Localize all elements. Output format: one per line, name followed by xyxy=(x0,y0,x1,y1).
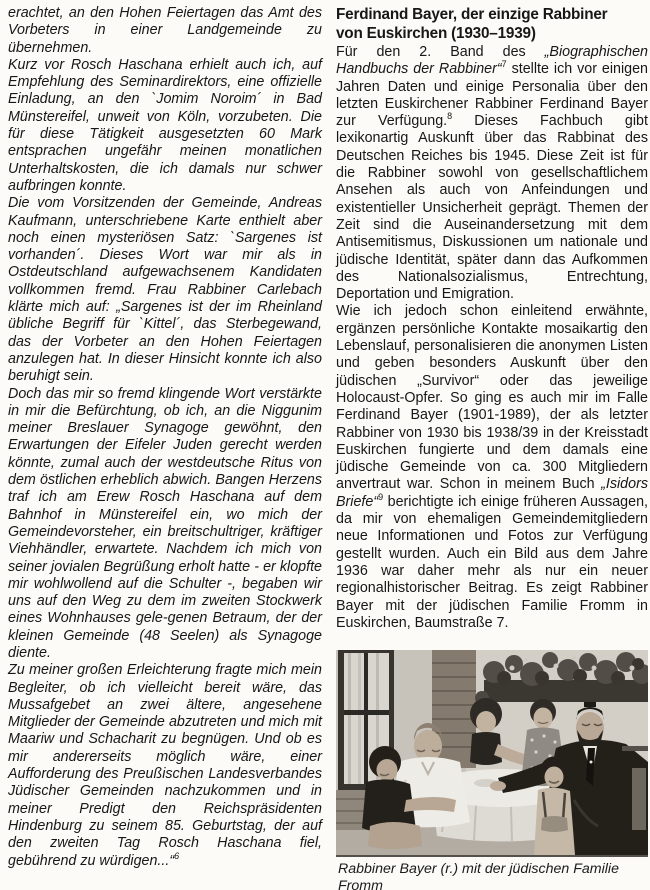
text-run: Dieses Fachbuch gibt lexikonartig Auskun… xyxy=(336,113,648,302)
family-photo-svg xyxy=(336,650,648,855)
article-heading-line1: Ferdinand Bayer, der einzige Rabbiner xyxy=(336,5,648,24)
family-photo-illustration xyxy=(336,650,648,857)
article-heading: Ferdinand Bayer, der einzige Rabbiner vo… xyxy=(336,5,648,43)
footnote-marker: 6 xyxy=(174,851,179,861)
photo-caption: Rabbiner Bayer (r.) mit der jüdischen Fa… xyxy=(336,861,648,890)
text-run: Die vom Vorsitzenden der Gemeinde, Andre… xyxy=(8,195,322,384)
page: erachtet, an den Hohen Feiertagen das Am… xyxy=(0,0,650,890)
paragraph: Für den 2. Band des „Biographischen Hand… xyxy=(336,44,648,303)
left-column: erachtet, an den Hohen Feiertagen das Am… xyxy=(8,5,322,870)
right-column-body: Für den 2. Band des „Biographischen Hand… xyxy=(336,44,648,632)
text-run: Doch das mir so fremd klingende Wort ver… xyxy=(8,386,322,661)
paragraph: Die vom Vorsitzenden der Gemeinde, Andre… xyxy=(8,195,322,385)
paragraph: Kurz vor Rosch Haschana erhielt auch ich… xyxy=(8,57,322,195)
text-run: erachtet, an den Hohen Feiertagen das Am… xyxy=(8,5,322,56)
paragraph: Zu meiner großen Erleichterung fragte mi… xyxy=(8,662,322,870)
paragraph: erachtet, an den Hohen Feiertagen das Am… xyxy=(8,5,322,57)
text-run: Kurz vor Rosch Haschana erhielt auch ich… xyxy=(8,57,322,194)
text-run: Für den 2. Band des xyxy=(336,44,545,60)
text-run: berichtigte ich einige früheren Aussagen… xyxy=(336,494,648,631)
right-column: Ferdinand Bayer, der einzige Rabbiner vo… xyxy=(336,5,648,632)
text-run: Wie ich jedoch schon einleitend erwähnte… xyxy=(336,303,648,492)
text-run: Zu meiner großen Erleichterung fragte mi… xyxy=(8,662,322,868)
paragraph: Wie ich jedoch schon einleitend erwähnte… xyxy=(336,303,648,632)
article-heading-line2: von Euskirchen (1930–1939) xyxy=(336,24,648,43)
family-photo: Rabbiner Bayer (r.) mit der jüdischen Fa… xyxy=(336,650,648,890)
paragraph: Doch das mir so fremd klingende Wort ver… xyxy=(8,386,322,663)
